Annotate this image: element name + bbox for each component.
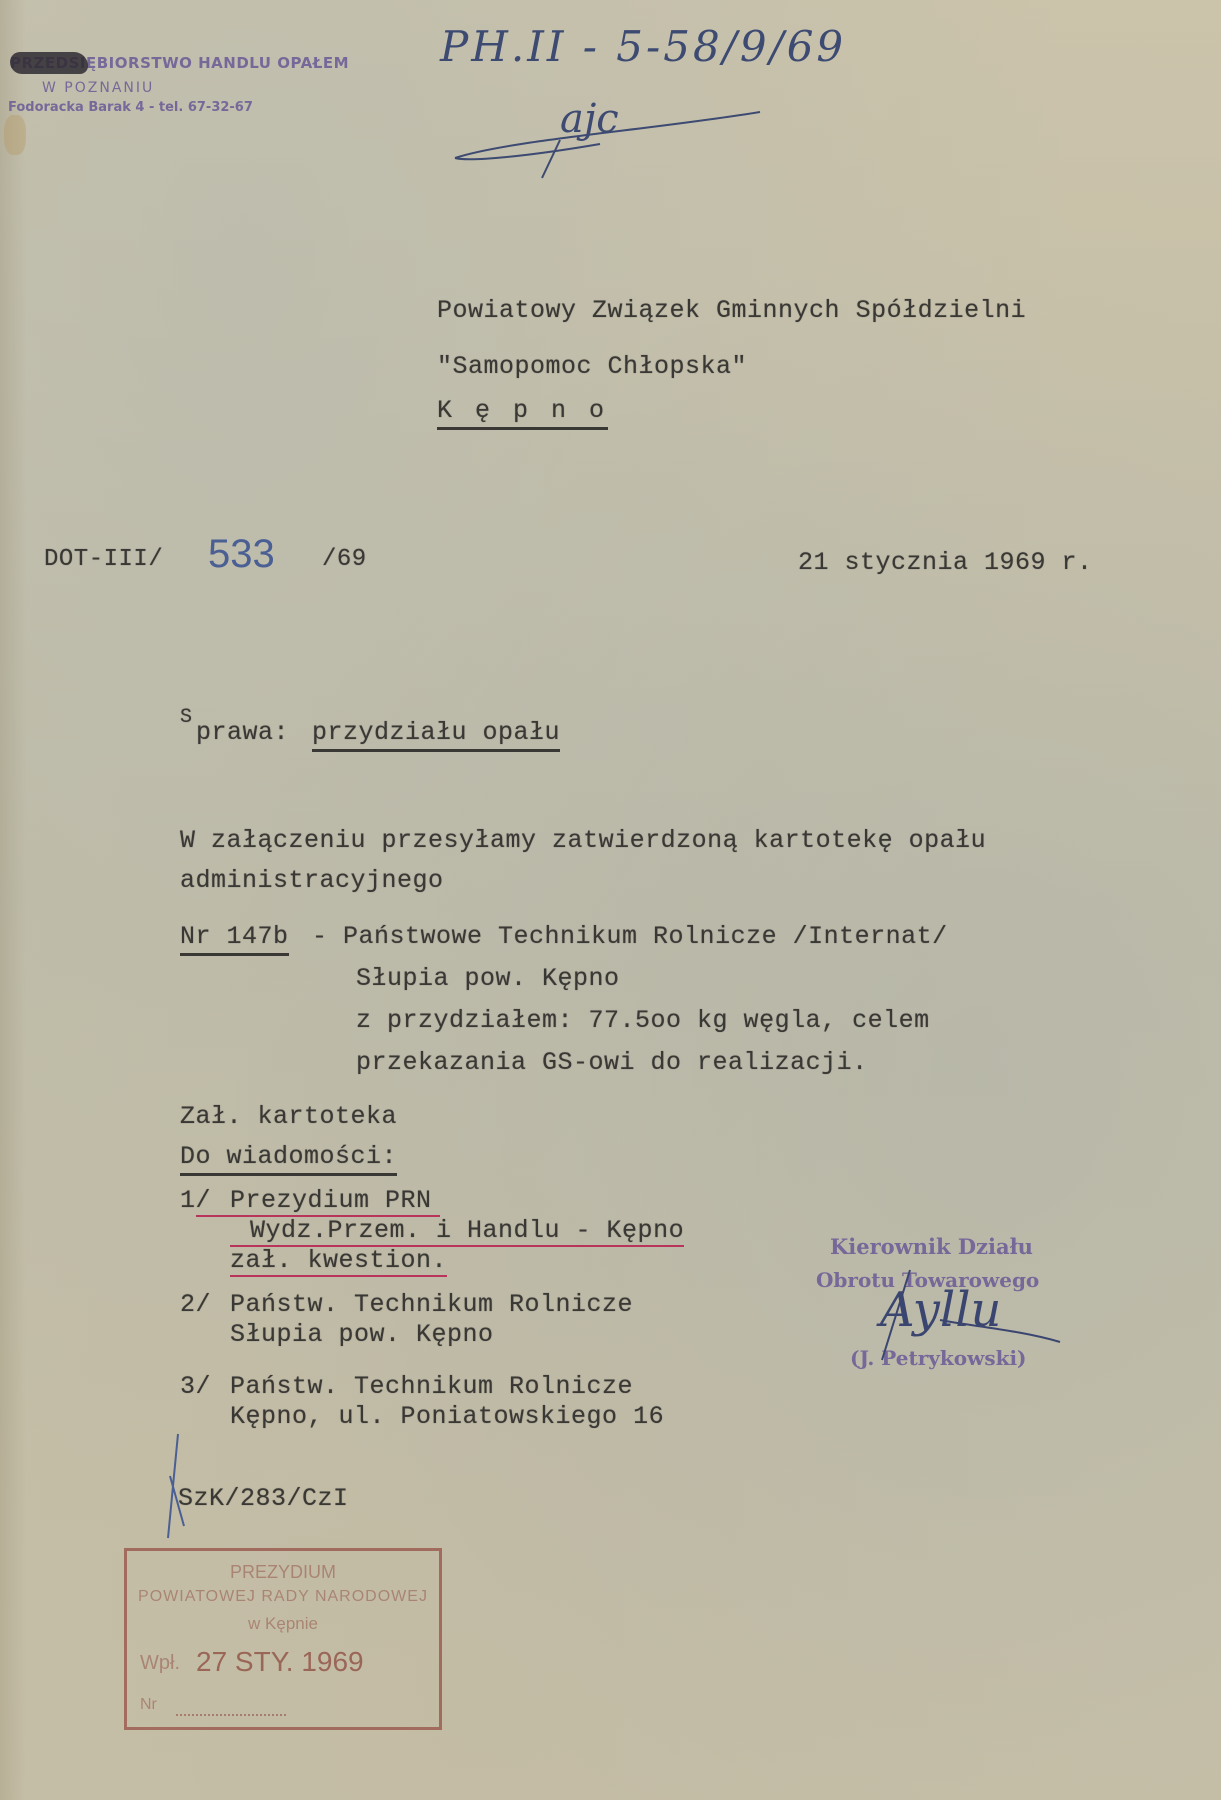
- signature-stroke-icon: [870, 1260, 1070, 1380]
- cc-heading: Do wiadomości:: [180, 1142, 397, 1176]
- recipient-line1: Powiatowy Związek Gminnych Spółdzielni: [437, 296, 1026, 325]
- received-stamp-number-label: Nr: [140, 1696, 157, 1714]
- pen-flourish-icon: [450, 100, 770, 180]
- cc-item-2-line2: Słupia pow. Kępno: [230, 1320, 494, 1349]
- subject-label: prawa:: [196, 718, 289, 747]
- sender-stamp-line3: Fodoracka Barak 4 - tel. 67-32-67: [8, 100, 253, 115]
- signature-stamp-line1: Kierownik Działu: [830, 1234, 1033, 1259]
- received-stamp-line2: POWIATOWEJ RADY NARODOWEJ: [124, 1588, 442, 1606]
- cc-item-3-line1: Państw. Technikum Rolnicze: [230, 1372, 633, 1401]
- sender-stamp-line2: W POZNANIU: [42, 80, 154, 96]
- pen-check-mark-icon: [160, 1430, 200, 1540]
- attachment-note: Zał. kartoteka: [180, 1102, 397, 1131]
- item-line3: z przydziałem: 77.5oo kg węgla, celem: [356, 1006, 930, 1035]
- item-line4: przekazania GS-owi do realizacji.: [356, 1048, 868, 1077]
- recipient-line2: "Samopomoc Chłopska": [437, 352, 747, 381]
- cc-item-1-line2: Wydz.Przem. i Handlu - Kępno: [230, 1216, 684, 1247]
- cc-item-3-line2: Kępno, ul. Poniatowskiego 16: [230, 1402, 664, 1431]
- received-stamp-line3: w Kępnie: [124, 1614, 442, 1634]
- reference-handwritten-number: 533: [208, 532, 275, 577]
- cc-item-2-number: 2/: [180, 1290, 211, 1319]
- received-stamp-number-line: [176, 1714, 286, 1716]
- received-stamp-line1: PREZYDIUM: [124, 1562, 442, 1583]
- typist-code: SzK/283/CzI: [178, 1484, 349, 1513]
- subject-label-cap: S: [180, 706, 193, 729]
- handwritten-reference-number: PH.II - 5-58/9/69: [440, 22, 846, 71]
- recipient-line3: K ę p n o: [437, 396, 608, 430]
- paper-fold-shadow: [0, 0, 26, 1800]
- cc-item-3-number: 3/: [180, 1372, 211, 1401]
- cc-item-2-line1: Państw. Technikum Rolnicze: [230, 1290, 633, 1319]
- received-stamp-prefix: Wpł.: [140, 1652, 180, 1675]
- body-line1: W załączeniu przesyłamy zatwierdzoną kar…: [180, 826, 986, 855]
- ink-blot: [10, 52, 88, 74]
- item-line2: Słupia pow. Kępno: [356, 964, 620, 993]
- body-line2: administracyjnego: [180, 866, 444, 895]
- paper-stain: [4, 115, 26, 155]
- received-stamp-date: 27 STY. 1969: [196, 1646, 364, 1678]
- subject-text: przydziału opału: [312, 718, 560, 752]
- reference-suffix: /69: [322, 546, 367, 573]
- item-line1: - Państwowe Technikum Rolnicze /Internat…: [312, 922, 948, 951]
- cc-item-1-line3: zał. kwestion.: [230, 1246, 447, 1277]
- cc-item-1-line1: Prezydium PRN: [196, 1186, 440, 1217]
- item-number: Nr 147b: [180, 922, 289, 956]
- letter-date: 21 stycznia 1969 r.: [798, 548, 1093, 577]
- reference-prefix: DOT-III/: [44, 546, 163, 573]
